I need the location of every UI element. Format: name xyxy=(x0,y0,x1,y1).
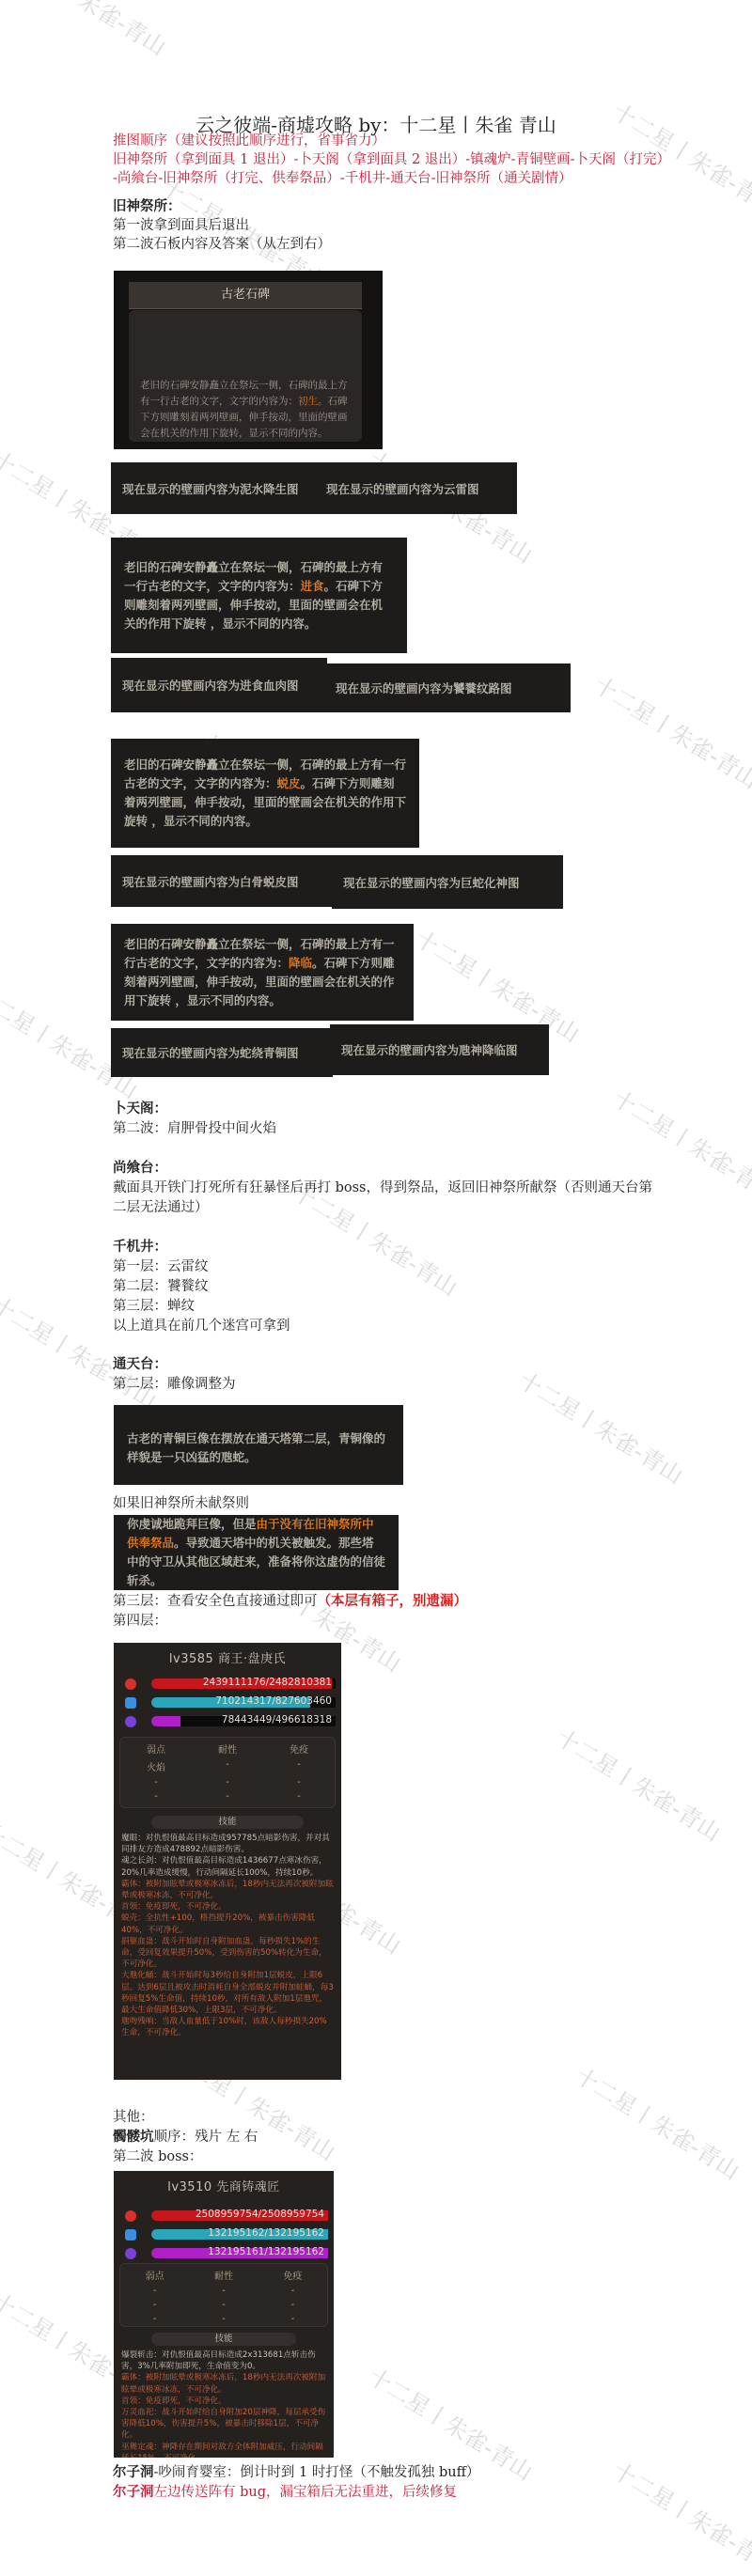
answer-3-right: 现在显示的壁画内容为巨蛇化神图 xyxy=(332,855,563,909)
route-line-2: -尚飨台-旧神祭所（打完、供奉祭品）-千机井-通天台-旧神祭所（通关剧情） xyxy=(113,169,572,188)
stone-text-2: 老旧的石碑安静矗立在祭坛一侧，石碑的最上方有一行古老的文字，文字的内容为：进食。… xyxy=(111,538,407,653)
stone-keyword: 蜕皮 xyxy=(277,776,301,790)
energy-bar: 132195161/132195162 xyxy=(151,2248,328,2258)
boss-level-name: lv3585 商王·盘庚氏 xyxy=(114,1648,341,1666)
erzi-line-1: 尔子洞-吵闹育婴室：倒计时到 1 时打怪（不触发孤独 buff） xyxy=(113,2463,479,2482)
watermark: 十二星丨朱雀-青山 xyxy=(551,1719,728,1847)
shield-icon xyxy=(125,1697,136,1709)
erzi-line-2: 尔子洞左边传送阵有 bug，漏宝箱后无法重进，后续修复 xyxy=(113,2483,457,2502)
hp-icon xyxy=(125,2210,136,2222)
watermark: 十二星丨朱雀-青山 xyxy=(513,1362,691,1490)
jiushen-line-2: 第二波石板内容及答案（从左到右） xyxy=(113,235,331,254)
statue-text: 古老的青铜巨像在摆放在通天塔第二层，青铜像的样貌是一只凶猛的虺蛇。 xyxy=(114,1405,403,1485)
boss-line: 第二波 boss： xyxy=(113,2147,203,2166)
qianji-line: 第三层：蝉纹 xyxy=(113,1297,195,1316)
resistance-table: 弱点耐性免疫 --- --- --- xyxy=(119,2263,328,2327)
answer-2-right: 现在显示的壁画内容为饕餮纹路图 xyxy=(324,664,571,712)
hp-bar: 2508959754/2508959754 xyxy=(151,2210,328,2221)
boss-card-1: lv3585 商王·盘庚氏 2439111176/2482810381 7102… xyxy=(114,1643,341,2080)
route-line-1: 旧神祭所（拿到面具 1 退出）-卜天阁（拿到面具 2 退出）-镇魂炉-青铜壁画-… xyxy=(113,150,670,169)
watermark: 十二星丨朱雀-青山 xyxy=(0,0,174,62)
boss-card-2: lv3510 先商铸魂匠 2508959754/2508959754 13219… xyxy=(114,2171,334,2458)
tongtian-line-4: 第四层： xyxy=(113,1612,167,1631)
boss-level-name: lv3510 先商铸魂匠 xyxy=(114,2177,334,2194)
tongtian-line-2: 如果旧神祭所未献祭则 xyxy=(113,1494,249,1513)
fail-text: 你虔诚地跪拜巨像，但是由于没有在旧神祭所中供奉祭品。导致通天塔中的机关被触发。那… xyxy=(114,1515,399,1590)
shangxiang-line-1: 戴面具开铁门打死所有狂暴怪后再打 boss，得到祭品，返回旧神祭所献祭（否则通天… xyxy=(113,1179,652,1197)
tablet-text: 老旧的石碑安静矗立在祭坛一侧，石碑的最上方有一行古老的文字，文字的内容为：初生。… xyxy=(129,310,362,442)
stone-keyword: 进食 xyxy=(301,579,324,593)
route-heading: 推图顺序（建议按照此顺序进行，省事省力） xyxy=(113,132,385,150)
hp-icon xyxy=(125,1678,136,1690)
stone-text-4: 老旧的石碑安静矗立在祭坛一侧，石碑的最上方有一行古老的文字，文字的内容为：降临。… xyxy=(111,924,414,1021)
butian-line-1: 第二波：肩胛骨投中间火焰 xyxy=(113,1119,276,1138)
skills-list: 爆裂斩击：对仇恨值最高目标造成2x313681点斩击伤害，3%几率附加即死，生命… xyxy=(121,2350,326,2458)
section-heading-jiushen: 旧神祭所： xyxy=(113,197,181,216)
watermark: 十二星丨朱雀-青山 xyxy=(570,2057,747,2185)
qianji-line: 第一层：云雷纹 xyxy=(113,1257,209,1276)
kulou-line: 髑髅坑顺序：残片 左 右 xyxy=(113,2128,258,2147)
shield-bar: 132195162/132195162 xyxy=(151,2229,328,2240)
resistance-table: 弱点耐性免疫 火焰-- --- --- xyxy=(119,1737,336,1808)
tablet-title: 古老石碑 xyxy=(129,282,362,309)
qianji-line: 第二层：饕餮纹 xyxy=(113,1277,209,1296)
stone-keyword: 降临 xyxy=(289,956,312,970)
section-heading-shangxiang: 尚飨台： xyxy=(113,1159,167,1178)
answer-4-left: 现在显示的壁画内容为蛇绕青铜图 xyxy=(111,1028,333,1077)
watermark: 十二星丨朱雀-青山 xyxy=(588,666,752,794)
section-heading-others: 其他： xyxy=(113,2108,154,2127)
answer-3-left: 现在显示的壁画内容为白骨蜕皮图 xyxy=(111,855,333,907)
stone-text-3: 老旧的石碑安静矗立在祭坛一侧，石碑的最上方有一行古老的文字，文字的内容为：蜕皮。… xyxy=(111,739,419,848)
section-heading-tongtian: 通天台： xyxy=(113,1355,167,1374)
watermark: 十二星丨朱雀-青山 xyxy=(607,2452,752,2576)
energy-icon xyxy=(125,2248,136,2259)
shangxiang-line-2: 二层无法通过） xyxy=(113,1198,209,1217)
qianji-line: 以上道具在前几个迷宫可拿到 xyxy=(113,1317,290,1335)
answer-4-right: 现在显示的壁画内容为虺神降临图 xyxy=(330,1024,549,1075)
answer-1-right: 现在显示的壁画内容为云雷图 xyxy=(315,462,517,514)
answer-2-left: 现在显示的壁画内容为进食血肉图 xyxy=(111,658,327,712)
tongtian-line-1: 第二层：雕像调整为 xyxy=(113,1375,236,1394)
section-heading-butian: 卜天阁： xyxy=(113,1100,167,1118)
shield-bar: 710214317/827603460 xyxy=(151,1697,336,1708)
section-heading-qianji: 千机井： xyxy=(113,1238,167,1257)
skills-list: 魔眼：对仇恨值最高目标造成957785点暗影伤害，并对其同排友方造成478892… xyxy=(121,1833,334,2039)
skills-title: 技能 xyxy=(151,1816,304,1829)
jiushen-line-1: 第一波拿到面具后退出 xyxy=(113,216,249,235)
skills-title: 技能 xyxy=(151,2333,296,2346)
shield-icon xyxy=(125,2229,136,2240)
answer-1-left: 现在显示的壁画内容为泥水降生图 xyxy=(111,462,318,514)
energy-bar: 78443449/496618318 xyxy=(151,1716,336,1726)
energy-icon xyxy=(125,1716,136,1727)
tongtian-line-3: 第三层：查看安全色直接通过即可（本层有箱子，别遗漏） xyxy=(113,1592,467,1611)
stone-tablet-screenshot: 古老石碑 老旧的石碑安静矗立在祭坛一侧，石碑的最上方有一行古老的文字，文字的内容… xyxy=(114,271,383,449)
hp-bar: 2439111176/2482810381 xyxy=(151,1678,336,1689)
tablet-keyword: 初生 xyxy=(298,396,318,407)
